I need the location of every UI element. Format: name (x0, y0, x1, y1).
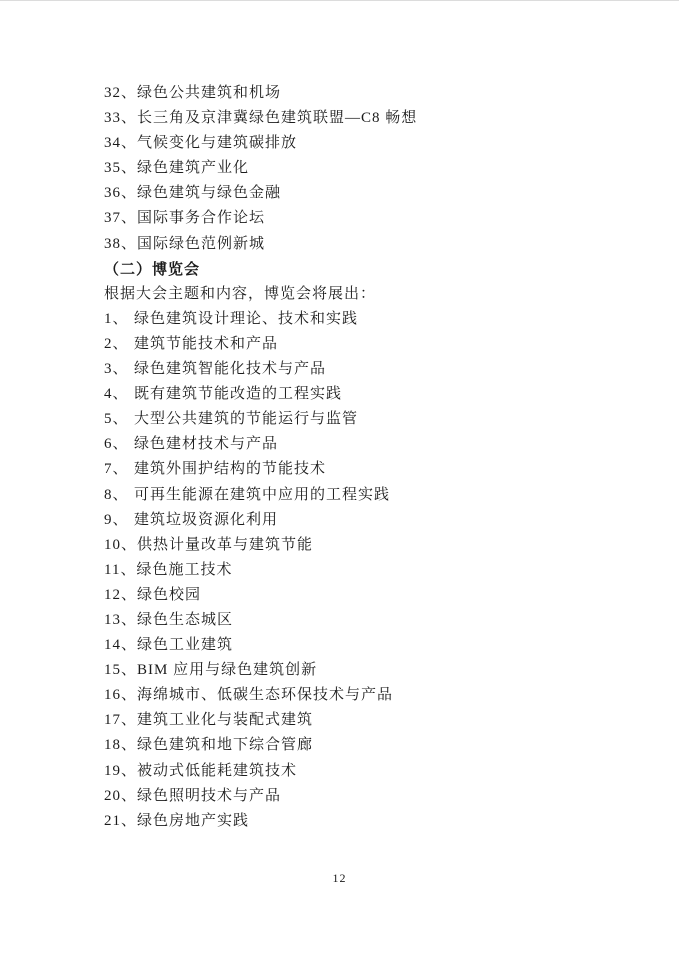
page-content: 32、绿色公共建筑和机场33、长三角及京津冀绿色建筑联盟—C8 畅想34、气候变… (104, 81, 584, 834)
list-item: 14、绿色工业建筑 (104, 633, 584, 658)
list-item: 35、绿色建筑产业化 (104, 156, 584, 181)
list-item: 4、既有建筑节能改造的工程实践 (104, 382, 584, 407)
forum-topics-list: 32、绿色公共建筑和机场33、长三角及京津冀绿色建筑联盟—C8 畅想34、气候变… (104, 81, 584, 257)
list-item: 20、绿色照明技术与产品 (104, 784, 584, 809)
list-item-text: 大型公共建筑的节能运行与监管 (134, 411, 358, 427)
section-intro: 根据大会主题和内容，博览会将展出： (104, 282, 584, 307)
list-item-number: 9、 (104, 508, 134, 533)
list-item-text: 国际事务合作论坛 (137, 210, 265, 226)
list-item-number: 38、 (104, 232, 137, 257)
list-item-text: 气候变化与建筑碳排放 (137, 135, 297, 151)
list-item-text: 供热计量改革与建筑节能 (137, 537, 313, 553)
list-item-text: 建筑工业化与装配式建筑 (137, 712, 313, 728)
list-item: 13、绿色生态城区 (104, 608, 584, 633)
list-item-number: 14、 (104, 633, 137, 658)
list-item-number: 15、 (104, 658, 137, 683)
list-item-number: 36、 (104, 181, 137, 206)
list-item-number: 21、 (104, 809, 137, 834)
list-item-number: 17、 (104, 708, 137, 733)
section-heading: （二）博览会 (104, 257, 584, 282)
list-item: 9、建筑垃圾资源化利用 (104, 508, 584, 533)
list-item-text: 可再生能源在建筑中应用的工程实践 (134, 487, 390, 503)
list-item: 38、国际绿色范例新城 (104, 232, 584, 257)
list-item: 11、绿色施工技术 (104, 558, 584, 583)
list-item-text: 绿色建筑设计理论、技术和实践 (134, 311, 358, 327)
list-item-text: 绿色工业建筑 (137, 637, 233, 653)
list-item: 12、绿色校园 (104, 583, 584, 608)
list-item-text: 绿色生态城区 (137, 612, 233, 628)
list-item-number: 2、 (104, 332, 134, 357)
list-item: 15、BIM 应用与绿色建筑创新 (104, 658, 584, 683)
list-item-text: 海绵城市、低碳生态环保技术与产品 (137, 687, 393, 703)
list-item-number: 1、 (104, 307, 134, 332)
list-item: 10、供热计量改革与建筑节能 (104, 533, 584, 558)
list-item: 34、气候变化与建筑碳排放 (104, 131, 584, 156)
list-item: 18、绿色建筑和地下综合管廊 (104, 733, 584, 758)
list-item-text: 国际绿色范例新城 (137, 236, 265, 252)
list-item-number: 20、 (104, 784, 137, 809)
list-item-number: 12、 (104, 583, 137, 608)
list-item-number: 11、 (104, 558, 136, 583)
list-item-text: 绿色建筑与绿色金融 (137, 185, 281, 201)
list-item-text: 既有建筑节能改造的工程实践 (134, 386, 342, 402)
list-item-text: 绿色建筑和地下综合管廊 (137, 737, 313, 753)
list-item: 6、绿色建材技术与产品 (104, 432, 584, 457)
list-item-text: 建筑节能技术和产品 (134, 336, 278, 352)
list-item: 16、海绵城市、低碳生态环保技术与产品 (104, 683, 584, 708)
list-item-number: 3、 (104, 357, 134, 382)
list-item: 32、绿色公共建筑和机场 (104, 81, 584, 106)
list-item: 17、建筑工业化与装配式建筑 (104, 708, 584, 733)
list-item-number: 10、 (104, 533, 137, 558)
expo-exhibits-list: 1、绿色建筑设计理论、技术和实践2、建筑节能技术和产品3、绿色建筑智能化技术与产… (104, 307, 584, 834)
list-item-number: 34、 (104, 131, 137, 156)
list-item-text: 长三角及京津冀绿色建筑联盟—C8 畅想 (137, 110, 417, 126)
list-item-number: 6、 (104, 432, 134, 457)
list-item-number: 4、 (104, 382, 134, 407)
list-item: 1、绿色建筑设计理论、技术和实践 (104, 307, 584, 332)
list-item-text: 绿色房地产实践 (137, 813, 249, 829)
list-item-text: 绿色照明技术与产品 (137, 788, 281, 804)
list-item-text: 绿色校园 (137, 587, 201, 603)
document-page: 32、绿色公共建筑和机场33、长三角及京津冀绿色建筑联盟—C8 畅想34、气候变… (0, 0, 679, 953)
list-item: 37、国际事务合作论坛 (104, 206, 584, 231)
list-item: 36、绿色建筑与绿色金融 (104, 181, 584, 206)
list-item-text: 建筑外围护结构的节能技术 (134, 461, 326, 477)
list-item-number: 32、 (104, 81, 137, 106)
list-item-number: 18、 (104, 733, 137, 758)
page-number: 12 (0, 871, 679, 886)
list-item-text: 绿色公共建筑和机场 (137, 85, 281, 101)
list-item-text: 被动式低能耗建筑技术 (137, 763, 297, 779)
list-item-number: 33、 (104, 106, 137, 131)
list-item-number: 16、 (104, 683, 137, 708)
list-item-number: 19、 (104, 759, 137, 784)
list-item-number: 35、 (104, 156, 137, 181)
list-item: 19、被动式低能耗建筑技术 (104, 759, 584, 784)
list-item-text: 绿色建筑智能化技术与产品 (134, 361, 326, 377)
list-item-text: 绿色建材技术与产品 (134, 436, 278, 452)
list-item-number: 5、 (104, 407, 134, 432)
list-item: 33、长三角及京津冀绿色建筑联盟—C8 畅想 (104, 106, 584, 131)
list-item-text: 绿色建筑产业化 (137, 160, 249, 176)
list-item: 7、建筑外围护结构的节能技术 (104, 457, 584, 482)
list-item: 3、绿色建筑智能化技术与产品 (104, 357, 584, 382)
list-item: 5、大型公共建筑的节能运行与监管 (104, 407, 584, 432)
list-item-text: 建筑垃圾资源化利用 (134, 512, 278, 528)
list-item-number: 13、 (104, 608, 137, 633)
list-item: 2、建筑节能技术和产品 (104, 332, 584, 357)
list-item-text: BIM 应用与绿色建筑创新 (137, 662, 317, 678)
list-item-number: 7、 (104, 457, 134, 482)
list-item: 21、绿色房地产实践 (104, 809, 584, 834)
list-item-number: 37、 (104, 206, 137, 231)
list-item-text: 绿色施工技术 (136, 562, 232, 578)
list-item: 8、可再生能源在建筑中应用的工程实践 (104, 483, 584, 508)
list-item-number: 8、 (104, 483, 134, 508)
